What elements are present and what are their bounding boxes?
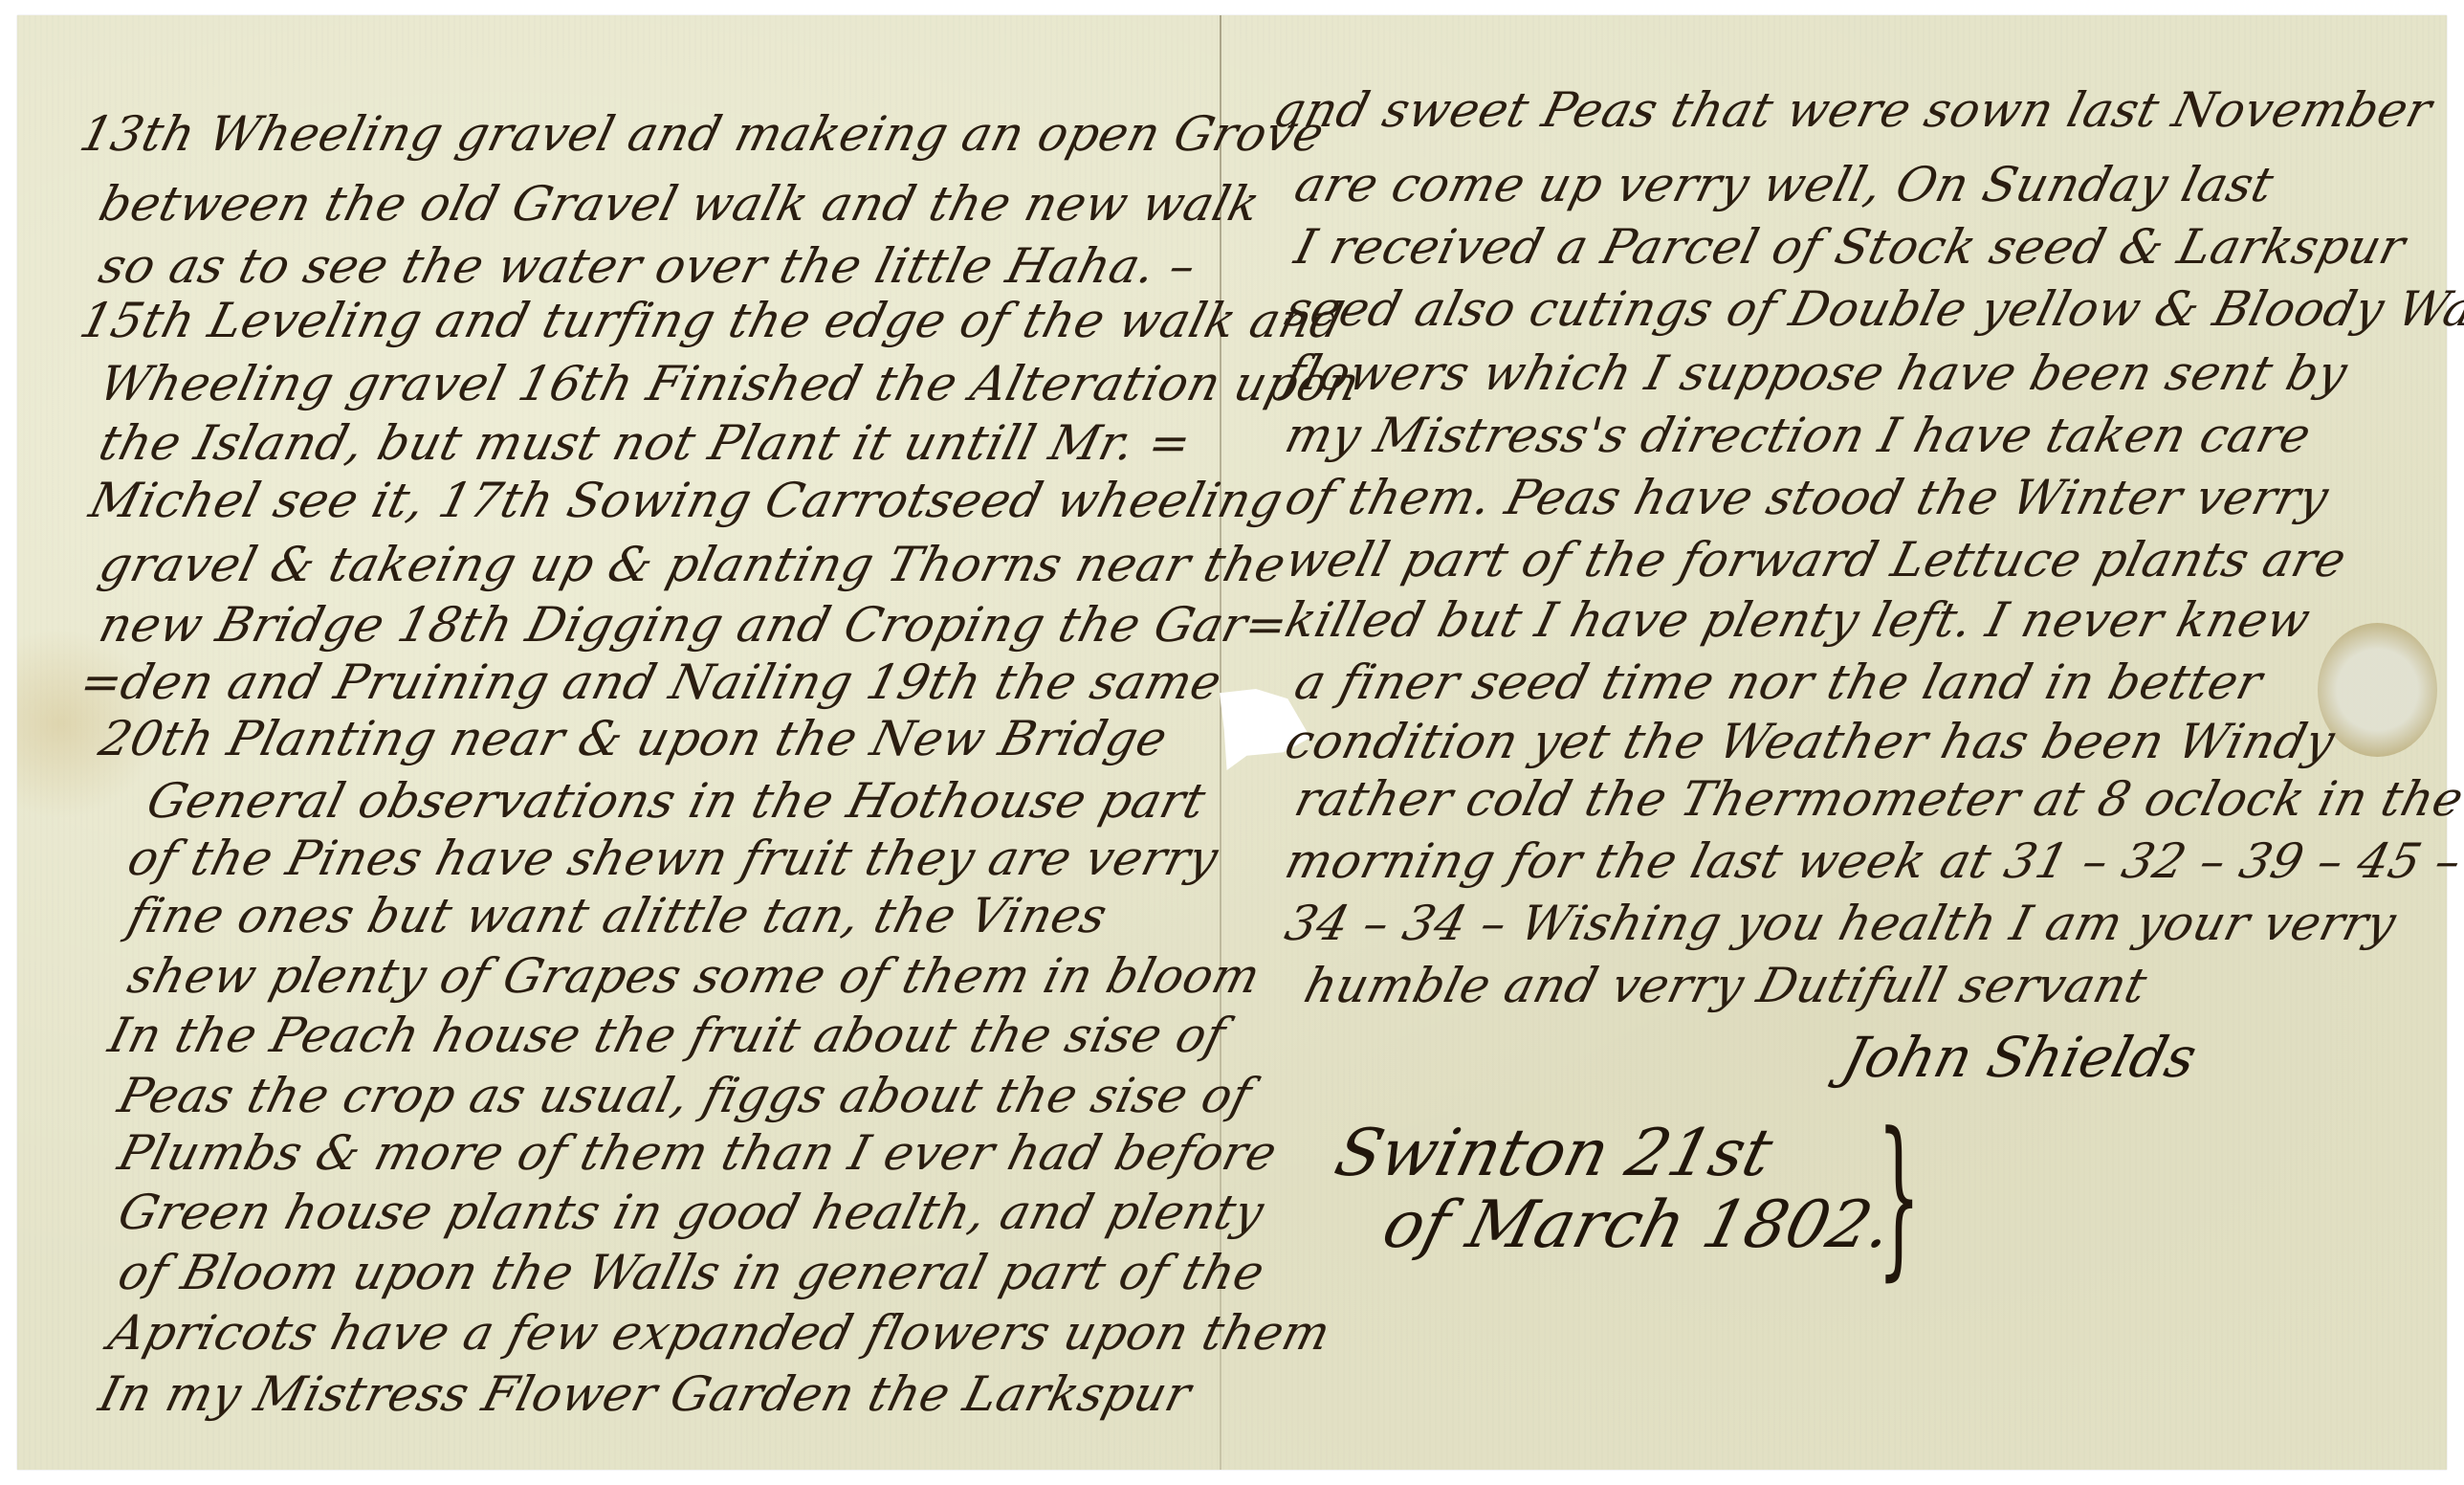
text-line: between the old Gravel walk and the new … [94, 176, 1265, 232]
dateline-place-day: Swinton 21st [1328, 1116, 1779, 1191]
text-line: seed also cutings of Double yellow & Blo… [1280, 281, 2464, 337]
left-page: 13th Wheeling gravel and makeing an open… [75, 15, 1203, 1470]
text-line: 20th Planting near & upon the New Bridge [94, 711, 1173, 766]
text-line: General observations in the Hothouse par… [142, 773, 1211, 829]
text-line: Plumbs & more of them than I ever had be… [113, 1125, 1283, 1181]
letter-sheet: 13th Wheeling gravel and makeing an open… [17, 15, 2447, 1470]
text-line: of the Pines have shewn fruit they are v… [122, 831, 1224, 886]
text-line: well part of the forward Lettuce plants … [1280, 532, 2352, 587]
text-line: In the Peach house the fruit about the s… [103, 1008, 1231, 1063]
text-line: condition yet the Weather has been Windy [1280, 714, 2341, 769]
right-page: and sweet Peas that were sown last Novem… [1270, 15, 2447, 1470]
text-line: a finer seed time nor the land in better [1289, 654, 2268, 710]
text-line: and sweet Peas that were sown last Novem… [1270, 82, 2437, 138]
text-line: Apricots have a few expanded flowers upo… [103, 1305, 1336, 1361]
text-line: =den and Pruining and Nailing 19th the s… [75, 654, 1227, 710]
text-line: rather cold the Thermometer at 8 oclock … [1289, 771, 2464, 827]
text-line: 13th Wheeling gravel and makeing an open… [75, 106, 1330, 162]
text-line: Peas the crop as usual, figgs about the … [113, 1068, 1257, 1123]
text-line: Green house plants in good health, and p… [113, 1185, 1269, 1240]
text-line: I received a Parcel of Stock seed & Lark… [1289, 219, 2410, 275]
dateline-month-year: of March 1802. [1375, 1187, 1900, 1263]
text-line: are come up verry well, On Sunday last [1289, 157, 2279, 212]
text-line: In my Mistress Flower Garden the Larkspu… [94, 1366, 1197, 1422]
text-line: the Island, but must not Plant it untill… [94, 415, 1197, 471]
text-line: fine ones but want alittle tan, the Vine… [122, 888, 1112, 943]
text-line: new Bridge 18th Digging and Croping the … [94, 597, 1294, 653]
text-line: 34 – 34 – Wishing you health I am your v… [1280, 896, 2402, 951]
text-line: humble and verry Dutifull servant [1299, 958, 2152, 1013]
text-line: of them. Peas have stood the Winter verr… [1280, 470, 2334, 525]
text-line: of Bloom upon the Walls in general part … [113, 1245, 1270, 1300]
text-line: 15th Leveling and turfing the edge of th… [75, 293, 1350, 348]
text-line: Michel see it, 17th Sowing Carrotseed wh… [84, 473, 1288, 528]
text-line: so as to see the water over the little H… [94, 238, 1202, 294]
text-line: Wheeling gravel 16th Finished the Altera… [94, 356, 1365, 411]
signature: John Shields [1837, 1025, 2204, 1090]
text-line: shew plenty of Grapes some of them in bl… [122, 948, 1265, 1004]
text-line: my Mistress's direction I have taken car… [1280, 408, 2317, 463]
text-line: flowers which I suppose have been sent b… [1280, 345, 2353, 401]
brace-mark: } [1877, 1097, 1921, 1297]
text-line: killed but I have plenty left. I never k… [1280, 592, 2316, 648]
text-line: gravel & takeing up & planting Thorns ne… [94, 537, 1291, 592]
text-line: morning for the last week at 31 – 32 – 3… [1280, 833, 2464, 889]
